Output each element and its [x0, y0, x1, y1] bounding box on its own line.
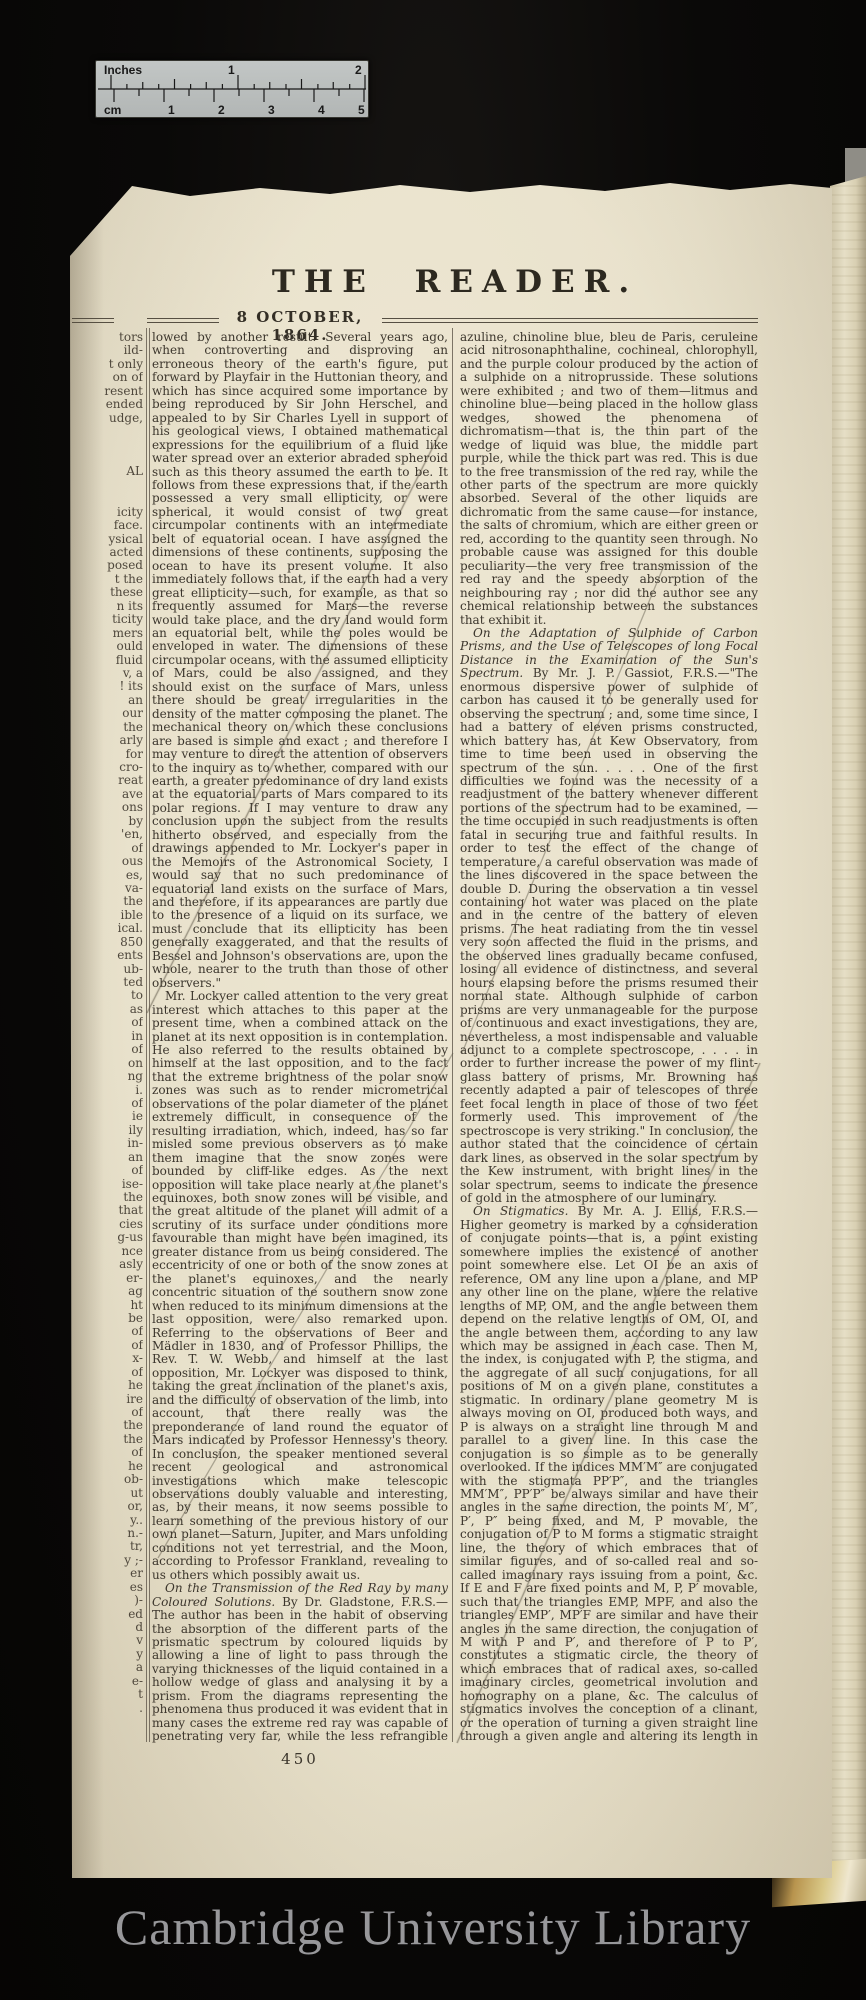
margin-fragment	[72, 479, 143, 492]
margin-fragment: of	[72, 1016, 143, 1029]
margin-fragment: of	[72, 1164, 143, 1177]
margin-fragment: n its	[72, 600, 143, 613]
margin-fragment: of	[72, 1043, 143, 1056]
margin-fragment: ob-	[72, 1473, 143, 1486]
margin-fragment: es,	[72, 869, 143, 882]
margin-fragment: d	[72, 1621, 143, 1634]
margin-fragment: of	[72, 1097, 143, 1110]
library-watermark: Cambridge University Library	[0, 1898, 866, 1956]
margin-fragment: of	[72, 1446, 143, 1459]
margin-fragment: ed	[72, 1608, 143, 1621]
margin-fragment: as	[72, 1003, 143, 1016]
margin-fragment: er-	[72, 1272, 143, 1285]
cropped-margin-column: torsild-t onlyon ofresentendedudge,ALici…	[72, 331, 143, 1745]
margin-fragment: an	[72, 694, 143, 707]
margin-fragment: posed	[72, 559, 143, 572]
margin-fragment: an	[72, 1151, 143, 1164]
section-heading: On the Transmission of the Red Ray by ma…	[152, 1581, 448, 1608]
ruler-cm-4: 4	[318, 103, 325, 117]
rule-segment	[147, 318, 219, 323]
margin-fragment: i.	[72, 1084, 143, 1097]
margin-fragment: ire	[72, 1393, 143, 1406]
margin-fragment: the	[72, 721, 143, 734]
margin-fragment: ould	[72, 640, 143, 653]
margin-fragment: v, a	[72, 667, 143, 680]
margin-fragment	[72, 425, 143, 438]
section-heading: On the Adaptation of Sulphide of Carbon …	[460, 626, 758, 680]
margin-fragment: for	[72, 748, 143, 761]
margin-fragment: 'en,	[72, 828, 143, 841]
margin-fragment: e-	[72, 1675, 143, 1688]
page-number: 450	[152, 1750, 448, 1768]
margin-fragment: y ;-	[72, 1554, 143, 1567]
margin-fragment	[72, 492, 143, 505]
margin-fragment: ysical	[72, 533, 143, 546]
margin-fragment: a	[72, 1661, 143, 1674]
margin-fragment: ut	[72, 1487, 143, 1500]
margin-fragment: or,	[72, 1500, 143, 1513]
ruler-cm-5: 5	[358, 103, 365, 117]
paragraph: On the Adaptation of Sulphide of Carbon …	[460, 627, 758, 1205]
margin-fragment: ical.	[72, 922, 143, 935]
cm-ticks	[114, 89, 364, 102]
margin-fragment: on	[72, 1057, 143, 1070]
margin-fragment: ily	[72, 1124, 143, 1137]
margin-fragment: the	[72, 1191, 143, 1204]
margin-fragment: ild-	[72, 344, 143, 357]
margin-fragment: ng	[72, 1070, 143, 1083]
margin-fragment: he	[72, 1460, 143, 1473]
margin-fragment: v	[72, 1634, 143, 1647]
margin-fragment: ous	[72, 855, 143, 868]
inch-ticks	[111, 75, 365, 89]
margin-fragment: )-	[72, 1594, 143, 1607]
margin-fragment: g-us	[72, 1231, 143, 1244]
margin-fragment: ! its	[72, 680, 143, 693]
margin-fragment: es	[72, 1581, 143, 1594]
margin-fragment: arly	[72, 734, 143, 747]
margin-fragment: icity	[72, 506, 143, 519]
column-rule	[149, 328, 150, 1742]
margin-fragment: va-	[72, 882, 143, 895]
margin-fragment: of	[72, 842, 143, 855]
paragraph: On the Transmission of the Red Ray by ma…	[152, 1582, 448, 1745]
book-fore-edge	[830, 176, 866, 1884]
masthead-title: THE READER.	[152, 264, 758, 300]
margin-fragment: udge,	[72, 412, 143, 425]
margin-fragment: to	[72, 989, 143, 1002]
margin-fragment: ub-	[72, 963, 143, 976]
margin-fragment: ended	[72, 398, 143, 411]
margin-fragment: ents	[72, 949, 143, 962]
margin-fragment: resent	[72, 385, 143, 398]
margin-fragment: cro-	[72, 761, 143, 774]
column-rule	[146, 328, 147, 1742]
ruler-inches-label: Inches	[104, 63, 142, 77]
margin-fragment: ag	[72, 1285, 143, 1298]
margin-fragment: ht	[72, 1299, 143, 1312]
margin-fragment: in	[72, 1030, 143, 1043]
margin-fragment: t	[72, 1688, 143, 1701]
rule-segment	[382, 318, 758, 323]
margin-fragment: ie	[72, 1110, 143, 1123]
margin-fragment: cies	[72, 1218, 143, 1231]
text-column-left: lowed by another result. Several years a…	[152, 331, 448, 1745]
measuring-ruler: Inches 1 2 cm 1 2 3 4 5	[95, 60, 369, 118]
paragraph: On Stigmatics. By Mr. A. J. Ellis, F.R.S…	[460, 1205, 758, 1745]
margin-fragment: that	[72, 1204, 143, 1217]
margin-fragment: ible	[72, 909, 143, 922]
ruler-cm-2: 2	[218, 103, 225, 117]
margin-fragment	[72, 439, 143, 452]
margin-fragment: tors	[72, 331, 143, 344]
margin-fragment: mers	[72, 627, 143, 640]
ruler-inch-2: 2	[355, 63, 362, 77]
periodical-page: THE READER. 8 OCTOBER, 1864. torsild-t o…	[70, 178, 832, 1878]
margin-fragment: of	[72, 1366, 143, 1379]
margin-fragment: acted	[72, 546, 143, 559]
margin-fragment	[72, 452, 143, 465]
margin-fragment: he	[72, 1379, 143, 1392]
fore-edge-streaks	[830, 176, 866, 1884]
margin-fragment: face.	[72, 519, 143, 532]
margin-fragment: be	[72, 1312, 143, 1325]
margin-fragment: AL	[72, 465, 143, 478]
column-rule	[452, 328, 453, 1742]
margin-fragment: on of	[72, 371, 143, 384]
margin-fragment: the	[72, 1433, 143, 1446]
margin-fragment: fluid	[72, 654, 143, 667]
margin-fragment: ticity	[72, 613, 143, 626]
margin-fragment: these	[72, 586, 143, 599]
margin-fragment: the	[72, 895, 143, 908]
margin-fragment: by	[72, 815, 143, 828]
margin-fragment: 850	[72, 936, 143, 949]
ruler-inch-1: 1	[228, 63, 235, 77]
paragraph: Mr. Lockyer called attention to the very…	[152, 990, 448, 1582]
margin-fragment: in-	[72, 1137, 143, 1150]
margin-fragment: reat	[72, 774, 143, 787]
section-heading: On Stigmatics.	[473, 1204, 568, 1218]
margin-fragment: our	[72, 707, 143, 720]
ruler-cm-label: cm	[104, 103, 121, 117]
margin-fragment: asly	[72, 1258, 143, 1271]
margin-fragment: er	[72, 1567, 143, 1580]
margin-fragment: nce	[72, 1245, 143, 1258]
margin-fragment: y..	[72, 1514, 143, 1527]
paragraph: lowed by another result. Several years a…	[152, 331, 448, 990]
ruler-cm-1: 1	[168, 103, 175, 117]
margin-fragment: ted	[72, 976, 143, 989]
ruler-cm-3: 3	[268, 103, 275, 117]
margin-fragment: ons	[72, 801, 143, 814]
text-column-right: azuline, chinoline blue, bleu de Paris, …	[460, 331, 758, 1745]
margin-fragment: ise-	[72, 1178, 143, 1191]
margin-fragment: t the	[72, 573, 143, 586]
margin-fragment: tr,	[72, 1540, 143, 1553]
margin-fragment: the	[72, 1419, 143, 1432]
margin-fragment: y	[72, 1648, 143, 1661]
library-photograph-scene: Inches 1 2 cm 1 2 3 4 5 THE READER. 8 OC…	[0, 0, 866, 2000]
paragraph: azuline, chinoline blue, bleu de Paris, …	[460, 331, 758, 627]
margin-fragment: .	[72, 1702, 143, 1715]
margin-fragment: of	[72, 1406, 143, 1419]
margin-fragment: x-	[72, 1352, 143, 1365]
margin-fragment: of	[72, 1339, 143, 1352]
margin-fragment: of	[72, 1325, 143, 1338]
rule-segment	[72, 318, 114, 323]
margin-fragment: ave	[72, 788, 143, 801]
margin-fragment: t only	[72, 358, 143, 371]
margin-fragment: n.-	[72, 1527, 143, 1540]
